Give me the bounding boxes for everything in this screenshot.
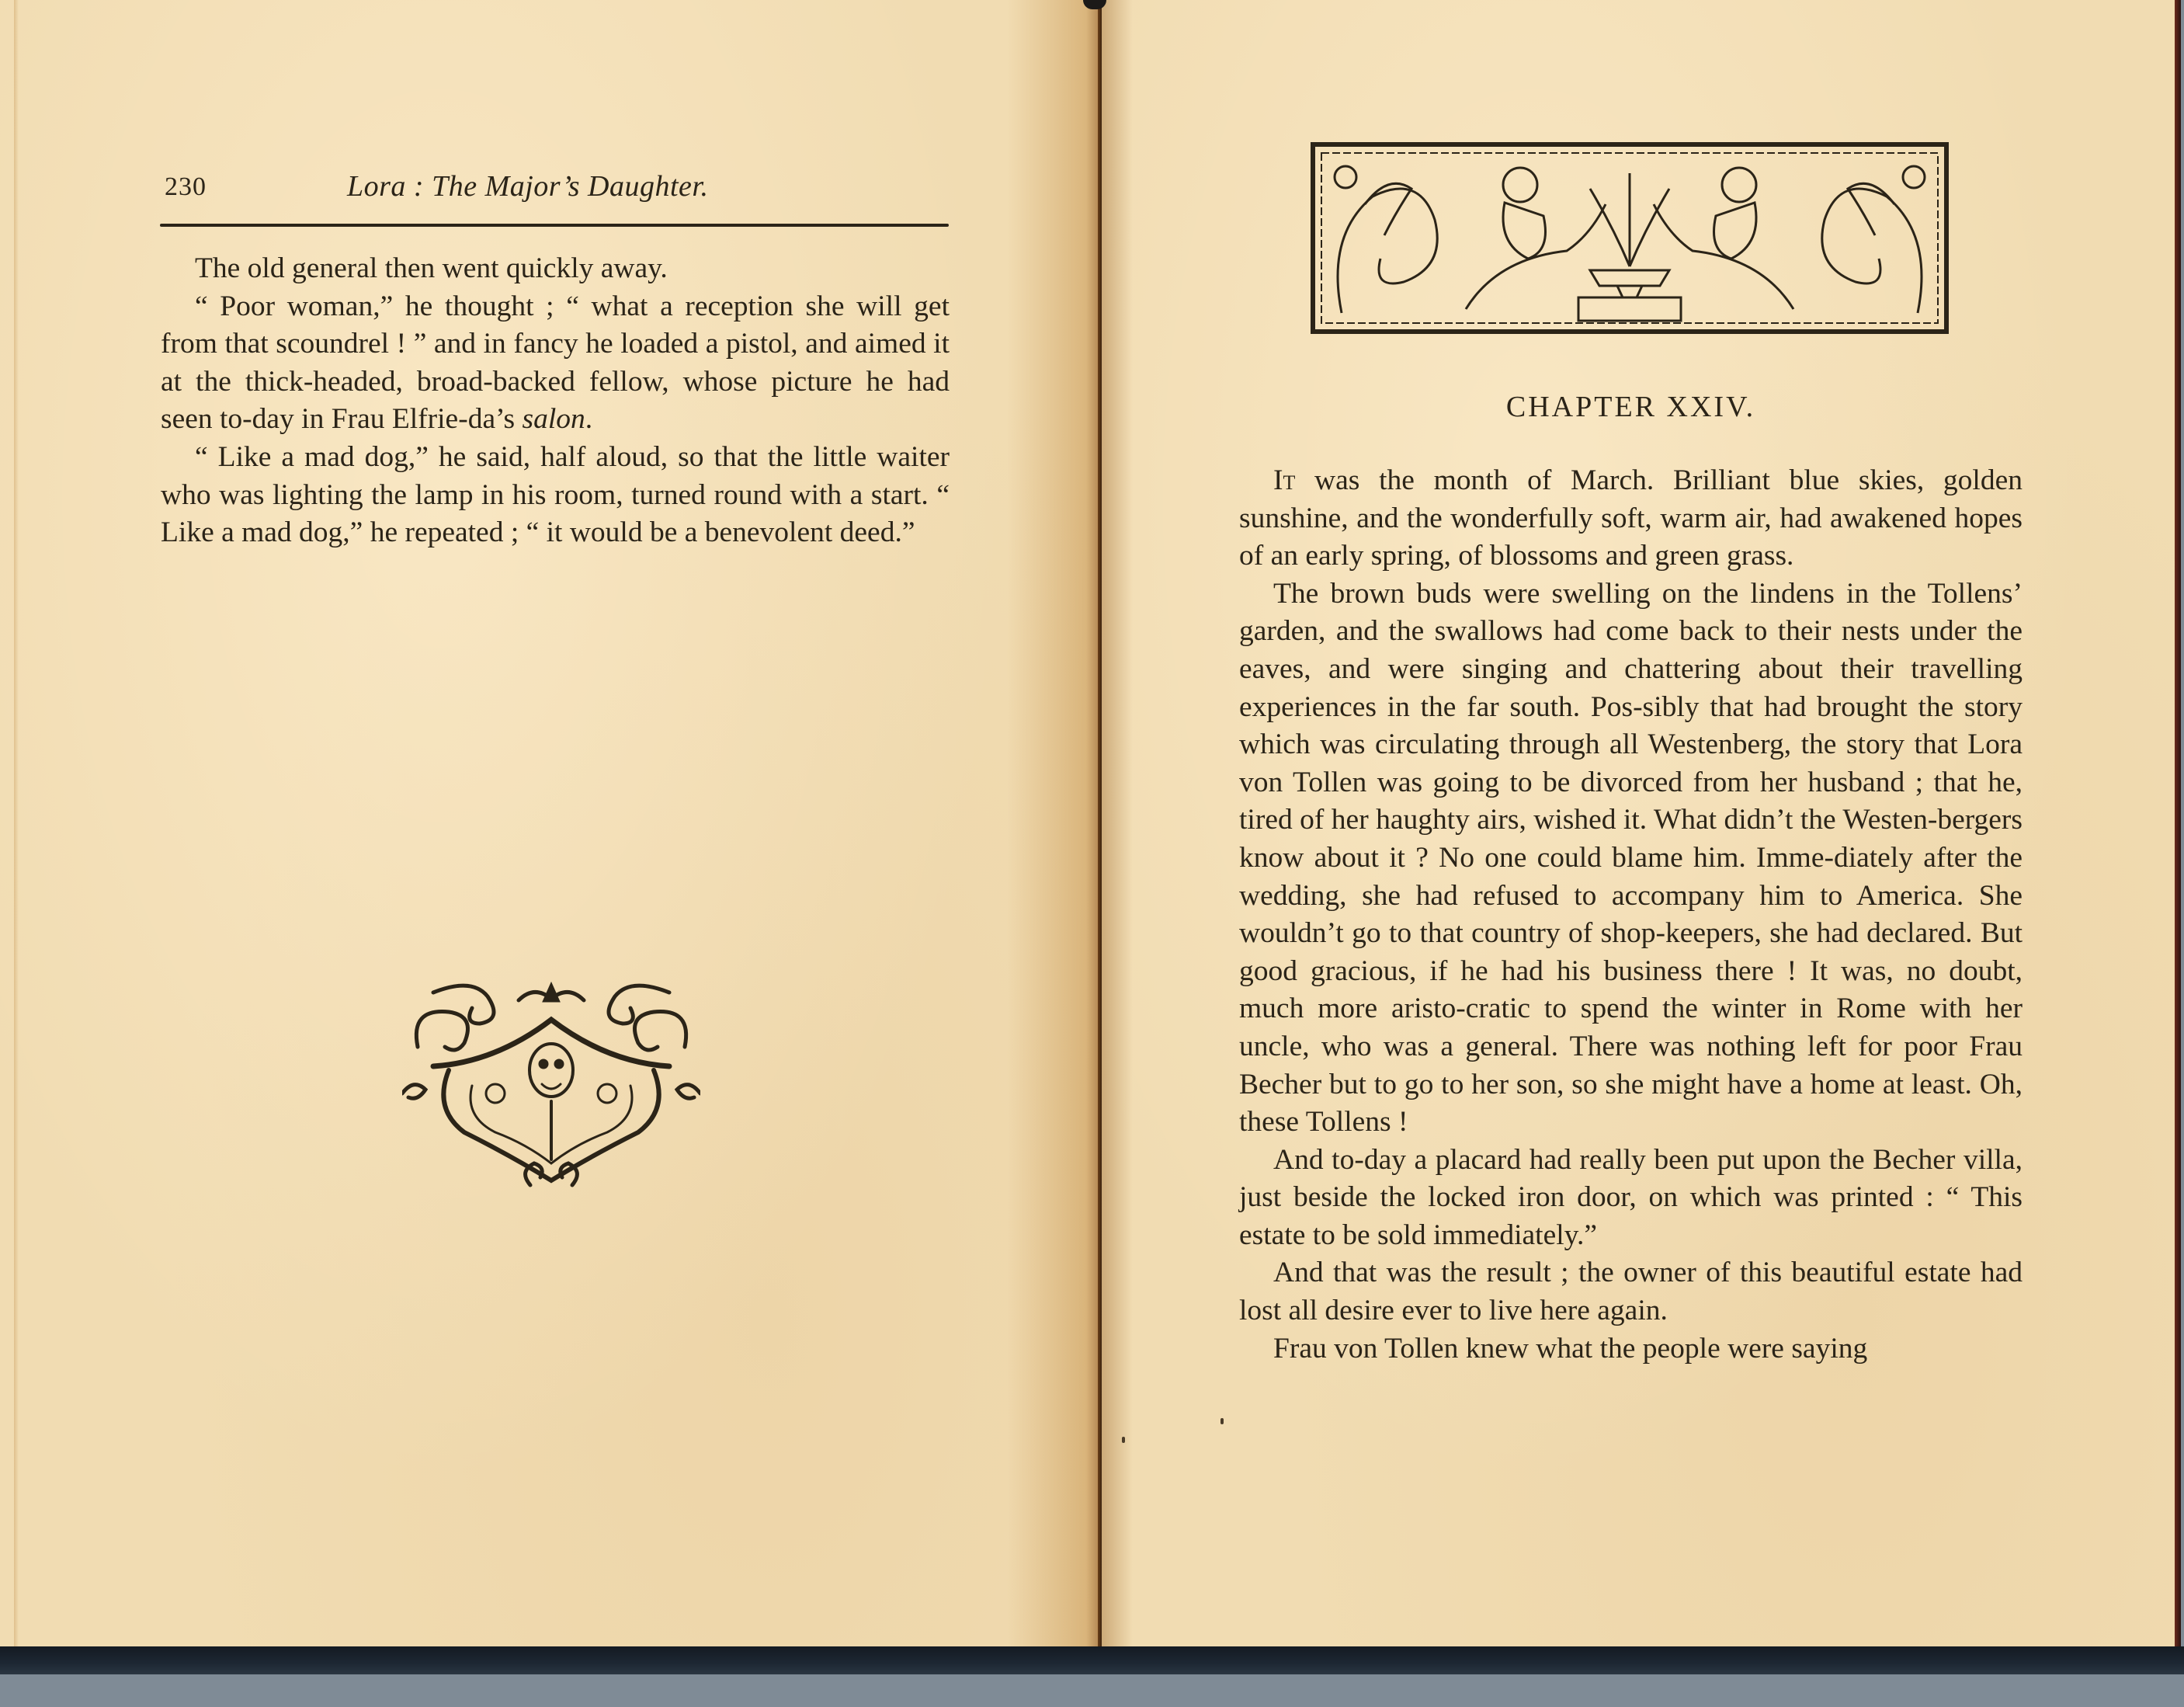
paragraph-text: was the month of March. Brilliant blue s… xyxy=(1239,464,2023,572)
running-title: Lora : The Major’s Daughter. xyxy=(347,169,708,203)
paper-speck xyxy=(1220,1418,1224,1424)
paragraph: “ Poor woman,” he thought ; “ what a rec… xyxy=(161,288,950,439)
right-page-body: It was the month of March. Brilliant blu… xyxy=(1239,462,2023,1368)
header-rule xyxy=(160,224,949,227)
paragraph-text: . xyxy=(585,403,592,435)
headpiece-ornament-icon xyxy=(1311,142,1949,334)
left-page-body: The old general then went quickly away. … xyxy=(161,250,950,552)
drop-lead-word: It xyxy=(1273,464,1295,496)
paragraph: It was the month of March. Brilliant blu… xyxy=(1239,462,2023,575)
paragraph: “ Like a mad dog,” he said, half aloud, … xyxy=(161,439,950,552)
paragraph: Frau von Tollen knew what the people wer… xyxy=(1239,1330,2023,1368)
tailpiece-ornament-icon xyxy=(402,977,700,1188)
paragraph: The old general then went quickly away. xyxy=(161,250,950,288)
paragraph: And to-day a placard had really been put… xyxy=(1239,1142,2023,1255)
book-cover-edge xyxy=(0,1646,2184,1674)
paragraph: The brown buds were swelling on the lind… xyxy=(1239,575,2023,1142)
paper-speck xyxy=(1122,1437,1125,1443)
book-gutter xyxy=(1098,0,1102,1654)
italic-word: salon xyxy=(522,403,585,435)
left-page xyxy=(0,0,1100,1654)
chapter-heading: CHAPTER XXIV. xyxy=(1239,390,2023,424)
paragraph: And that was the result ; the owner of t… xyxy=(1239,1254,2023,1330)
page-number: 230 xyxy=(165,172,207,202)
